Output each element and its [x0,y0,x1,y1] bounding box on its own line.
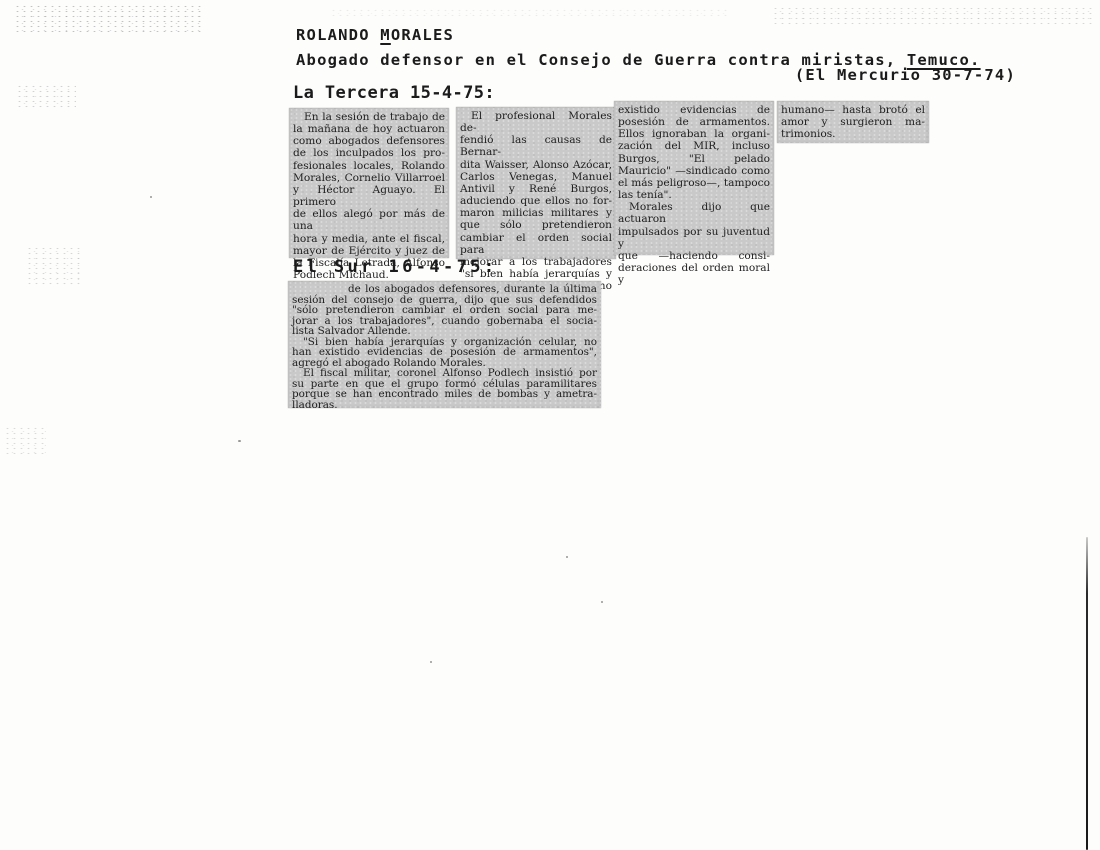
scan-speck [150,196,152,198]
section-heading-el-sur: El Sur 16-4-75: [293,257,498,277]
clipping-line: Morales, Cornelio Villarroel [293,172,445,184]
document-title: ROLANDO MORALES [296,26,454,44]
title-text-rest: ORALES [391,26,454,44]
clipping-line: El profesional Morales de- [460,110,612,134]
clipping-line: maron milicias militares y [460,207,612,219]
scan-noise-spot [26,246,81,286]
clipping-line: posesión de armamentos. [618,116,770,128]
clipping-line: trimonios. [781,128,925,140]
scan-noise-top-middle [330,8,730,20]
clipping-line: lista Salvador Allende. [292,326,597,337]
clipping-line: Antivil y René Burgos, [460,183,612,195]
clipping-line: deraciones del orden moral y [618,262,770,286]
clipping-line: que sólo pretendieron [460,219,612,231]
clipping-line: "sólo pretendieron cambiar el orden soci… [292,305,597,316]
newspaper-clipping-column-3: existido evidencias deposesión de armame… [614,101,774,255]
clipping-line: porque se han encontrado miles de bombas… [292,389,597,400]
clipping-line: existido evidencias de [618,104,770,116]
title-underlined-letter: M [380,26,391,44]
clipping-line: hora y media, ante el fiscal, [293,233,445,245]
source-reference: (El Mercurio 30-7-74) [795,66,1016,84]
page-edge-scan-line [1086,537,1088,850]
clipping-line: humano— hasta brotó el [781,104,925,116]
clipping-line: de los inculpados los pro- [293,147,445,159]
section-heading-la-tercera: La Tercera 15-4-75: [293,83,495,103]
clipping-line: mayor de Ejército y juez de [293,245,445,257]
newspaper-clipping-column-2: El profesional Morales de-fendió las cau… [456,107,616,259]
clipping-line: Morales dijo que actuaron [618,201,770,225]
clipping-line: las tenía". [618,189,770,201]
clipping-line: El fiscal militar, coronel Alfonso Podle… [292,368,597,379]
clipping-line: impulsados por su juventud y [618,226,770,250]
newspaper-clipping-el-sur: de los abogados defensores, durante la ú… [288,281,601,408]
scan-speck [430,661,432,663]
clipping-line: y Héctor Aguayo. El primero [293,184,445,208]
clipping-line: de ellos alegó por más de una [293,208,445,232]
newspaper-clipping-column-1: En la sesión de trabajo dela mañana de h… [289,108,449,258]
scan-noise-top-left [14,4,204,32]
clipping-line: amor y surgieron ma- [781,116,925,128]
clipping-line: lladoras. [292,400,597,411]
clipping-line: Carlos Venegas, Manuel [460,171,612,183]
clipping-line: como abogados defensores [293,135,445,147]
clipping-line: la mañana de hoy actuaron [293,123,445,135]
newspaper-clipping-column-4: humano— hasta brotó elamor y surgieron m… [777,101,929,143]
scan-noise-spot [16,84,76,110]
clipping-line: dita Waisser, Alonso Azócar, [460,159,612,171]
title-text: ROLANDO [296,26,380,44]
clipping-line: En la sesión de trabajo de [293,111,445,123]
clipping-line: fesionales locales, Rolando [293,160,445,172]
scan-speck [601,601,603,603]
clipping-line: han existido evidencias de posesión de a… [292,347,597,358]
clipping-line: fendió las causas de Bernar- [460,134,612,158]
scan-noise-top-right [772,6,1094,24]
clipping-line: Mauricio" —sindicado como [618,165,770,177]
scan-noise-spot [4,426,46,454]
clipping-line: aduciendo que ellos no for- [460,195,612,207]
clipping-line: cambiar el orden social para [460,232,612,256]
scanned-document-page: ROLANDO MORALES Abogado defensor en el C… [0,0,1100,850]
scan-speck [238,440,241,442]
clipping-line: zación del MIR, incluso [618,140,770,152]
scan-speck [566,556,568,558]
clipping-line: Ellos ignoraban la organi- [618,128,770,140]
clipping-line: que —haciendo consi- [618,250,770,262]
clipping-line: el más peligroso—, tampoco [618,177,770,189]
clipping-line: de los abogados defensores, durante la ú… [292,284,597,295]
clipping-line: Burgos, "El pelado [618,153,770,165]
